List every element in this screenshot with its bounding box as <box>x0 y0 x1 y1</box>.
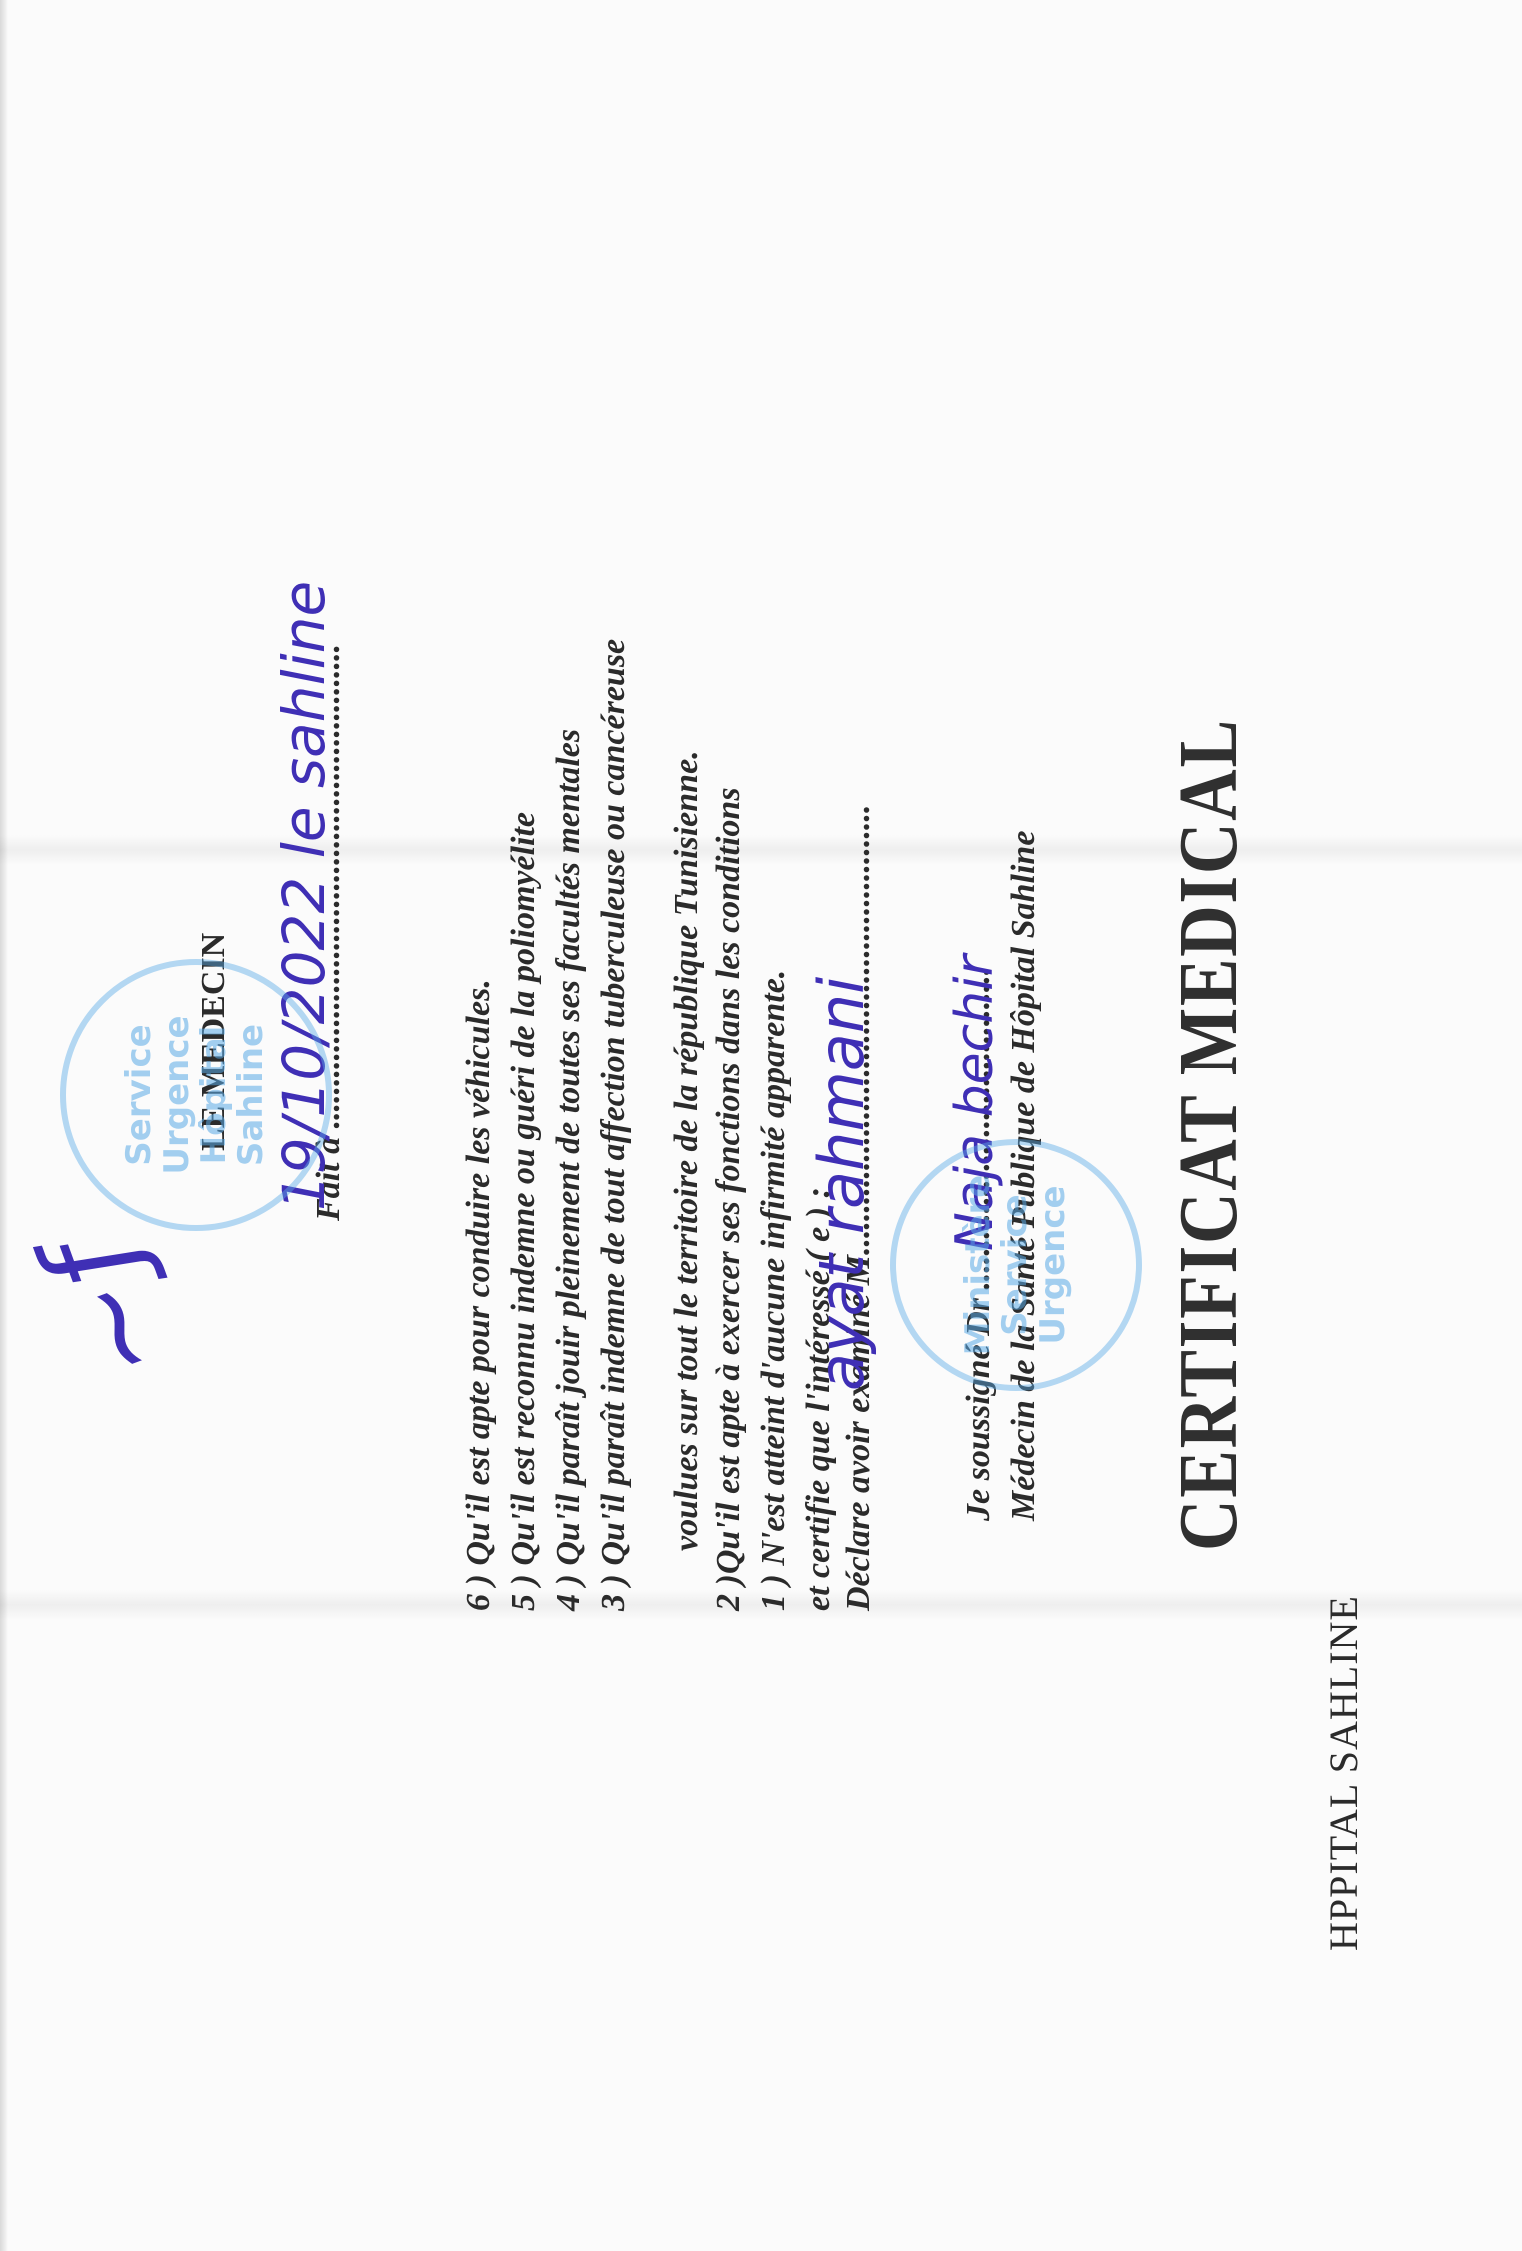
item-6: 6 ) Qu'il est apte pour conduire les véh… <box>460 979 498 1611</box>
document-title: CERTIFICAT MEDICAL <box>1160 718 1257 1551</box>
item-1: 1 ) N'est atteint d'aucune infirmité app… <box>755 970 793 1611</box>
official-stamp: MinistèreServiceUrgence <box>890 1139 1142 1391</box>
item-3: 3 ) Qu'il paraît indemne de tout affecti… <box>595 639 633 1611</box>
stamp-text: Service <box>995 1194 1035 1335</box>
item-4: 4 ) Qu'il paraît jouir pleinement de tou… <box>550 729 588 1611</box>
stamp-text: Service <box>119 1024 159 1165</box>
stamp-text: Urgence <box>157 1015 197 1174</box>
item-2-continued: voulues sur tout le territoire de la rép… <box>668 750 706 1551</box>
official-stamp-signature: ServiceUrgenceHôpital Sahline <box>60 959 332 1231</box>
item-2: 2 )Qu'il est apte à exercer ses fonction… <box>710 787 748 1611</box>
hospital-name: HPPITAL SAHLINE <box>1320 1595 1367 1951</box>
stamp-text: Hôpital Sahline <box>194 1024 271 1166</box>
stamp-text: Ministère <box>958 1175 998 1356</box>
handwritten-signature: ~ƒ <box>20 1219 199 1401</box>
certificate-page: HPPITAL SAHLINE CERTIFICAT MEDICAL Je so… <box>0 0 1522 2251</box>
item-5: 5 ) Qu'il est reconnu indemne ou guéri d… <box>505 812 543 1611</box>
stamp-text: Urgence <box>1033 1185 1073 1344</box>
handwritten-patient-name: ayat rahmani <box>805 977 878 1391</box>
